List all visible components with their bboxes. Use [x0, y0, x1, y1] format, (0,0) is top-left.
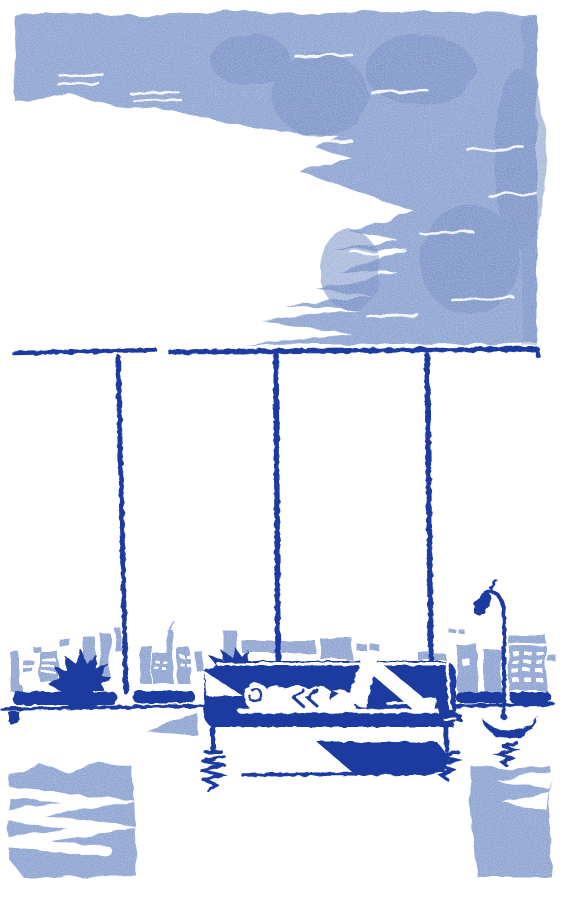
window-dot: [186, 655, 190, 658]
window-mullion-right: [427, 355, 431, 660]
window-dot: [180, 663, 184, 666]
window-dot: [163, 661, 167, 664]
window-dot: [186, 663, 190, 666]
building-block: [23, 668, 33, 672]
window-dot: [524, 660, 531, 664]
building-block: [167, 630, 173, 653]
sofa-leg-right: [446, 727, 447, 750]
building-block: [115, 629, 122, 651]
sky-streak: [300, 141, 352, 142]
building-block: [457, 645, 478, 697]
illustration-canvas: [0, 0, 564, 897]
building-block: [23, 660, 34, 665]
building-block: [140, 645, 151, 683]
person-foot: [412, 697, 436, 711]
building-block: [484, 650, 501, 697]
window-dot: [42, 659, 56, 661]
building-block: [434, 654, 446, 660]
window-dot: [512, 669, 519, 673]
window-dot: [524, 651, 531, 655]
building-block: [60, 640, 71, 647]
lamp-top-tick: [491, 581, 496, 588]
window-head-rail-right: [170, 349, 537, 352]
sky-patch: [210, 34, 290, 86]
window-dot: [512, 651, 519, 655]
window-dot: [163, 668, 167, 671]
building-block: [100, 633, 110, 682]
sky-patch: [365, 35, 475, 105]
lamp-base-shadow: [493, 730, 525, 738]
building-block: [10, 684, 21, 691]
sofa-scene: [200, 648, 462, 791]
window-dot: [512, 660, 519, 664]
building-block: [358, 645, 368, 652]
building-block: [548, 655, 556, 662]
windowsill-ledge: [509, 692, 551, 703]
window-head-rail-left: [14, 350, 155, 353]
window-dot: [512, 678, 519, 682]
sky-streak: [130, 92, 178, 93]
sky-streak: [134, 100, 181, 101]
windowsill-line-left: [2, 706, 203, 709]
window-dot: [536, 678, 543, 682]
sofa-left-reflection-squiggle: [200, 757, 225, 791]
sky-patch: [320, 230, 380, 310]
window-dot: [536, 669, 543, 673]
sky-texture: [14, 10, 546, 346]
floor-reflection-line: [243, 773, 434, 775]
sill-leg: [9, 711, 19, 724]
window-dot: [536, 651, 543, 655]
window-dot: [180, 655, 184, 658]
window-dot: [524, 678, 531, 682]
window-dot: [536, 660, 543, 664]
sofa-floor-shadow: [317, 742, 449, 772]
window-dot: [463, 660, 471, 666]
building-block: [459, 630, 465, 634]
building-block: [152, 653, 173, 683]
sky-streak: [246, 328, 296, 330]
lamp-foot-ball: [501, 714, 507, 720]
lamp-shade: [474, 592, 491, 615]
building-block: [195, 652, 203, 670]
window-dot: [42, 665, 56, 667]
windowsill-ledge: [133, 691, 195, 703]
floor-shadows: [6, 713, 551, 878]
sky-streak: [58, 83, 98, 84]
window-mullion-middle: [276, 355, 278, 660]
window-dot: [42, 671, 55, 673]
building-block: [371, 645, 380, 652]
building-block: [508, 635, 546, 643]
building-block: [450, 630, 457, 634]
windowsill-ledge: [456, 692, 504, 703]
sky-patch: [522, 16, 537, 346]
window-dot: [524, 669, 531, 673]
window-head-rail-end-tick: [536, 349, 539, 357]
building-block: [320, 638, 352, 659]
window-dot: [156, 668, 160, 671]
window-dot: [156, 661, 160, 664]
building-block: [33, 647, 41, 652]
sill-shadow-wedge: [146, 713, 199, 736]
lamp-reflection-squiggle: [498, 743, 517, 766]
